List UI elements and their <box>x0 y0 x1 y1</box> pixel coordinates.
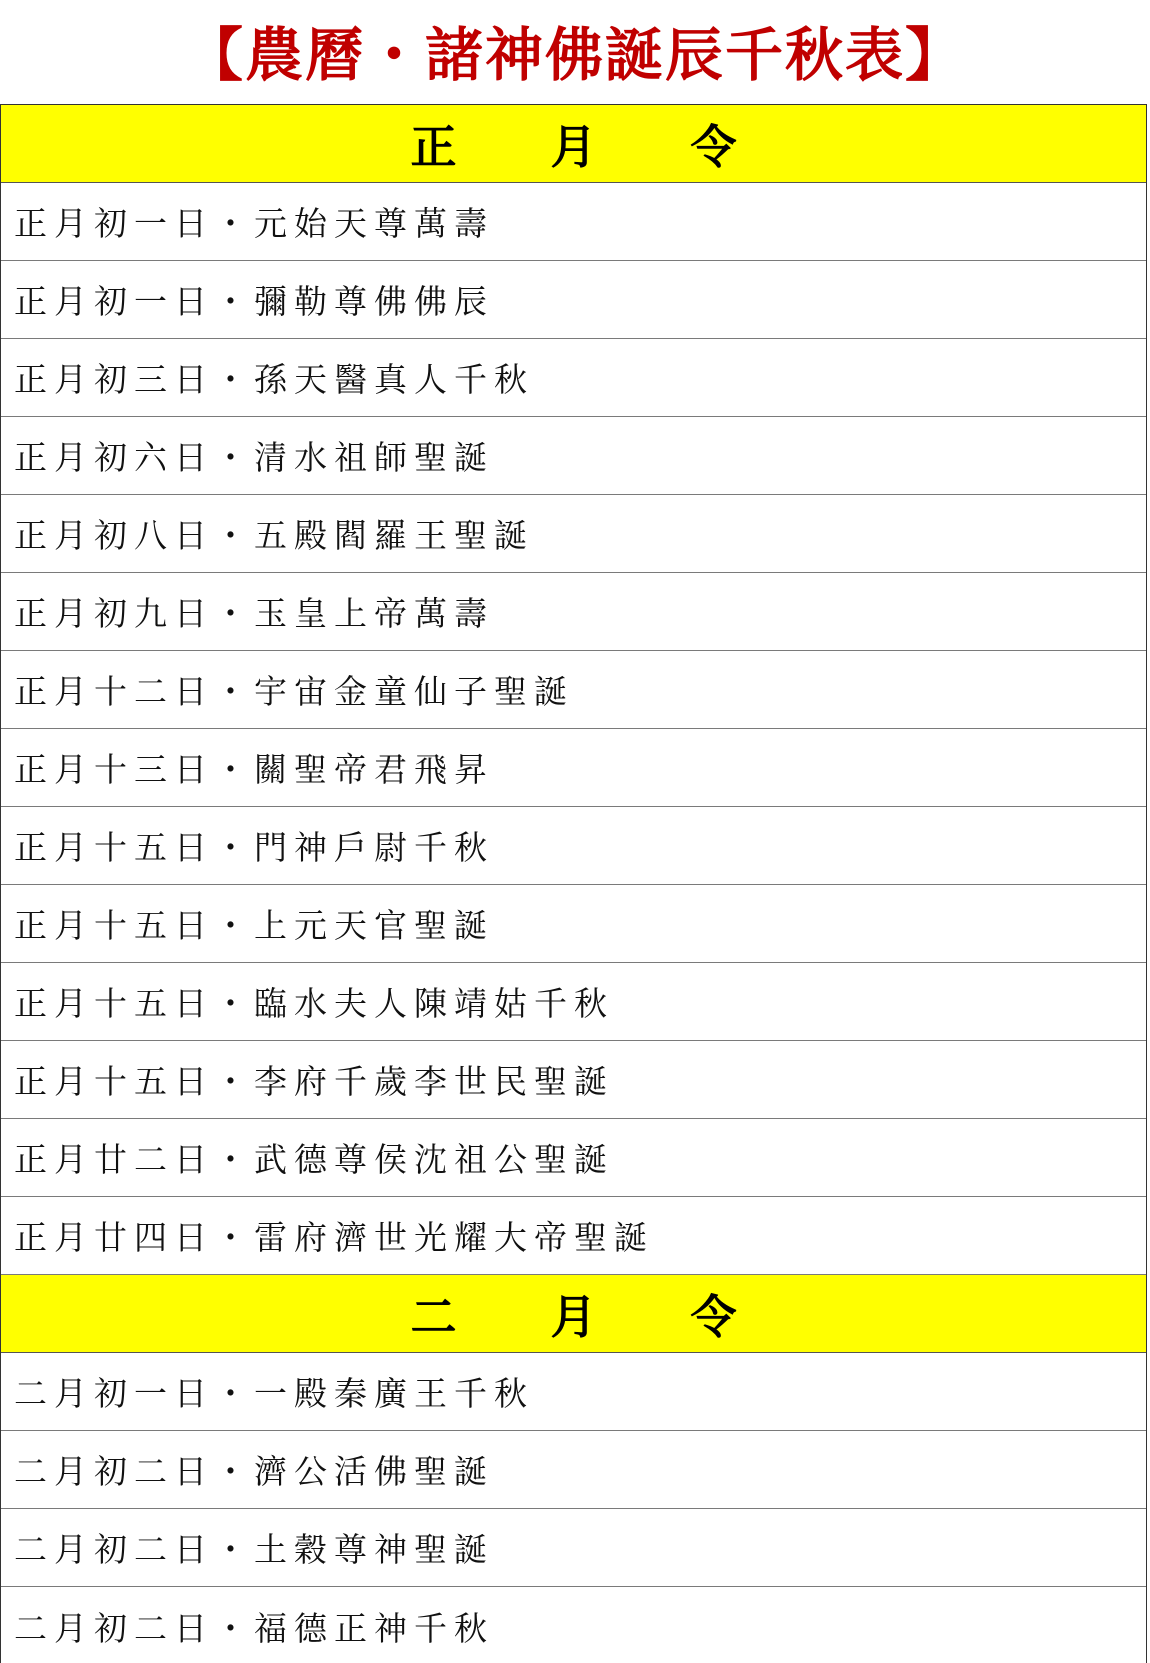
table-row: 正月十三日・關聖帝君飛昇 <box>1 729 1146 807</box>
table-row: 正月十五日・門神戶尉千秋 <box>1 807 1146 885</box>
entry-text: 正月十五日・臨水夫人陳靖姑千秋 <box>1 978 614 1025</box>
table-row: 正月廿二日・武德尊侯沈祖公聖誕 <box>1 1119 1146 1197</box>
entry-text: 正月初一日・彌勒尊佛佛辰 <box>1 276 494 323</box>
deity-birthday-table: 正 月 令 正月初一日・元始天尊萬壽 正月初一日・彌勒尊佛佛辰 正月初三日・孫天… <box>0 104 1147 1663</box>
entry-text: 正月初八日・五殿閻羅王聖誕 <box>1 510 534 557</box>
table-row: 二月初一日・一殿秦廣王千秋 <box>1 1353 1146 1431</box>
entry-text: 正月初一日・元始天尊萬壽 <box>1 198 494 245</box>
table-row: 二月初二日・濟公活佛聖誕 <box>1 1431 1146 1509</box>
entry-text: 正月十二日・宇宙金童仙子聖誕 <box>1 666 574 713</box>
table-row: 正月十五日・李府千歲李世民聖誕 <box>1 1041 1146 1119</box>
page-title: 【 農曆・諸神佛誕辰千秋表 】 <box>0 0 1150 100</box>
table-row: 正月十五日・臨水夫人陳靖姑千秋 <box>1 963 1146 1041</box>
month-header-char: 令 <box>644 1281 784 1347</box>
month-header-char: 令 <box>644 111 784 177</box>
table-row: 正月初九日・玉皇上帝萬壽 <box>1 573 1146 651</box>
entry-text: 正月十五日・門神戶尉千秋 <box>1 822 494 869</box>
entry-text: 正月初九日・玉皇上帝萬壽 <box>1 588 494 635</box>
entry-text: 正月十五日・上元天官聖誕 <box>1 900 494 947</box>
table-row: 二月初二日・土穀尊神聖誕 <box>1 1509 1146 1587</box>
month-header-char: 二 <box>364 1281 504 1347</box>
title-text: 農曆・諸神佛誕辰千秋表 <box>245 8 905 92</box>
entry-text: 正月廿四日・雷府濟世光耀大帝聖誕 <box>1 1212 654 1259</box>
entry-text: 正月初六日・清水祖師聖誕 <box>1 432 494 479</box>
month-header-char: 月 <box>504 111 644 177</box>
entry-text: 二月初一日・一殿秦廣王千秋 <box>1 1368 534 1415</box>
table-row: 正月十五日・上元天官聖誕 <box>1 885 1146 963</box>
month-header-char: 正 <box>364 111 504 177</box>
entry-text: 正月初三日・孫天醫真人千秋 <box>1 354 534 401</box>
entry-text: 二月初二日・濟公活佛聖誕 <box>1 1446 494 1493</box>
month-header-label: 正 月 令 <box>364 111 784 177</box>
table-row: 二月初二日・福德正神千秋 <box>1 1587 1146 1663</box>
table-row: 正月初六日・清水祖師聖誕 <box>1 417 1146 495</box>
entry-text: 正月十三日・關聖帝君飛昇 <box>1 744 494 791</box>
entry-text: 二月初二日・土穀尊神聖誕 <box>1 1524 494 1571</box>
table-row: 正月初一日・彌勒尊佛佛辰 <box>1 261 1146 339</box>
month-header-2: 二 月 令 <box>1 1275 1146 1353</box>
month-header-char: 月 <box>504 1281 644 1347</box>
table-row: 正月初八日・五殿閻羅王聖誕 <box>1 495 1146 573</box>
entry-text: 正月十五日・李府千歲李世民聖誕 <box>1 1056 614 1103</box>
table-row: 正月初三日・孫天醫真人千秋 <box>1 339 1146 417</box>
entry-text: 正月廿二日・武德尊侯沈祖公聖誕 <box>1 1134 614 1181</box>
title-close-bracket: 】 <box>905 8 965 92</box>
table-row: 正月初一日・元始天尊萬壽 <box>1 183 1146 261</box>
month-header-label: 二 月 令 <box>364 1281 784 1347</box>
month-header-1: 正 月 令 <box>1 105 1146 183</box>
entry-text: 二月初二日・福德正神千秋 <box>1 1603 494 1650</box>
title-open-bracket: 【 <box>185 8 245 92</box>
table-row: 正月十二日・宇宙金童仙子聖誕 <box>1 651 1146 729</box>
table-row: 正月廿四日・雷府濟世光耀大帝聖誕 <box>1 1197 1146 1275</box>
